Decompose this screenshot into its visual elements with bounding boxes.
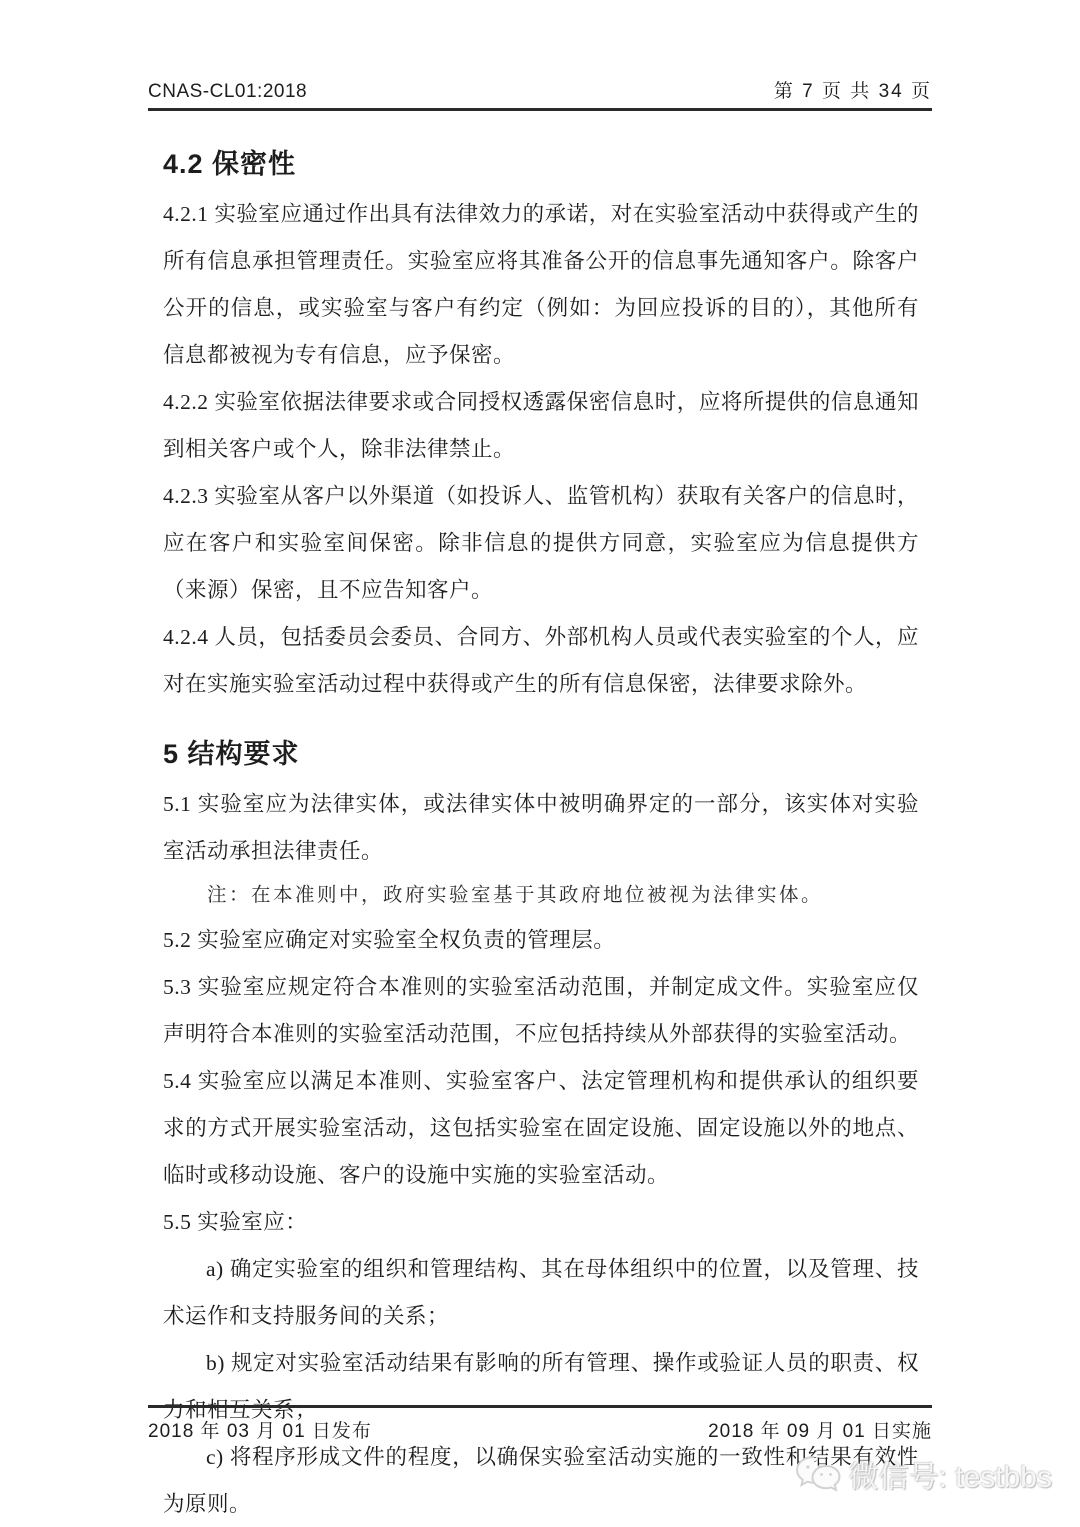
document-code: CNAS-CL01:2018 (148, 81, 307, 103)
watermark-text: 微信号: testbbs (849, 1452, 1052, 1496)
paragraph-5-3: 5.3 实验室应规定符合本准则的实验室活动范围，并制定成文件。实验室应仅声明符合… (163, 964, 919, 1058)
wechat-icon (795, 1454, 841, 1494)
page-number: 第 7 页 共 34 页 (774, 76, 932, 103)
page-footer: 2018 年 03 月 01 日发布 2018 年 09 月 01 日实施 (148, 1405, 932, 1443)
document-page: CNAS-CL01:2018 第 7 页 共 34 页 4.2 保密性 4.2.… (0, 0, 1080, 1527)
list-item-a: a) 确定实验室的组织和管理结构、其在母体组织中的位置，以及管理、技术运作和支持… (163, 1246, 919, 1340)
publish-date: 2018 年 03 月 01 日发布 (148, 1416, 372, 1443)
paragraph-4-2-1: 4.2.1 实验室应通过作出具有法律效力的承诺，对在实验室活动中获得或产生的所有… (163, 191, 919, 379)
paragraph-4-2-3: 4.2.3 实验室从客户以外渠道（如投诉人、监管机构）获取有关客户的信息时，应在… (163, 473, 919, 614)
paragraph-4-2-4: 4.2.4 人员，包括委员会委员、合同方、外部机构人员或代表实验室的个人，应对在… (163, 614, 919, 708)
section-heading-4-2: 4.2 保密性 (163, 142, 919, 181)
page-header: CNAS-CL01:2018 第 7 页 共 34 页 (148, 76, 932, 111)
implement-date: 2018 年 09 月 01 日实施 (708, 1416, 932, 1443)
paragraph-4-2-2: 4.2.2 实验室依据法律要求或合同授权透露保密信息时，应将所提供的信息通知到相… (163, 379, 919, 473)
section-heading-5: 5 结构要求 (163, 732, 919, 771)
note-5-1: 注：在本准则中，政府实验室基于其政府地位被视为法律实体。 (163, 875, 919, 917)
document-body: 4.2 保密性 4.2.1 实验室应通过作出具有法律效力的承诺，对在实验室活动中… (163, 120, 919, 1527)
paragraph-5-1: 5.1 实验室应为法律实体，或法律实体中被明确界定的一部分，该实体对实验室活动承… (163, 781, 919, 875)
paragraph-5-2: 5.2 实验室应确定对实验室全权负责的管理层。 (163, 917, 919, 964)
wechat-watermark: 微信号: testbbs (795, 1452, 1052, 1496)
paragraph-5-4: 5.4 实验室应以满足本准则、实验室客户、法定管理机构和提供承认的组织要求的方式… (163, 1058, 919, 1199)
paragraph-5-5: 5.5 实验室应： (163, 1199, 919, 1246)
